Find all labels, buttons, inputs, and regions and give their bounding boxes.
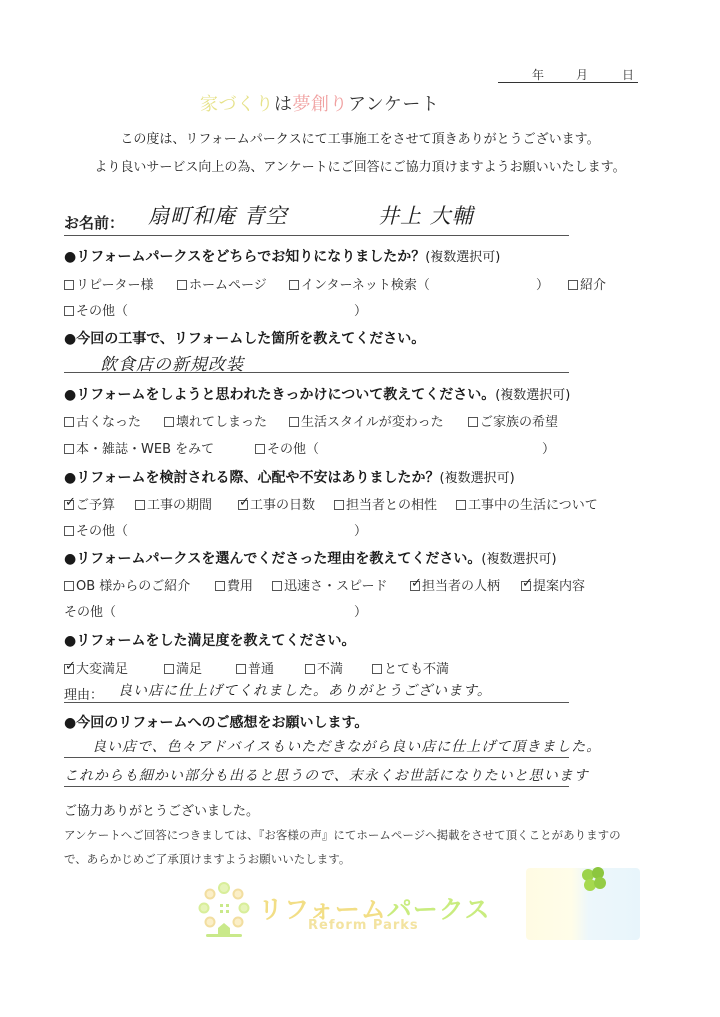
- q3-other-paren-close: ）: [542, 438, 555, 457]
- q1-option-homepage[interactable]: ホームページ: [177, 274, 267, 293]
- multi-select-note: (複数選択可): [425, 250, 500, 265]
- checkbox[interactable]: [177, 280, 187, 290]
- checkbox[interactable]: [164, 417, 174, 427]
- checkbox[interactable]: [64, 581, 74, 591]
- checkbox[interactable]: [164, 664, 174, 674]
- date-day-label: 日: [622, 66, 634, 83]
- name-label: お名前：: [64, 212, 124, 233]
- q4-option-budget[interactable]: ご予算: [64, 494, 115, 513]
- q5-option-staff-personality[interactable]: 担当者の人柄: [410, 575, 500, 594]
- name-store-value[interactable]: 扇町和庵 青空: [148, 200, 288, 230]
- q1-paren-close: ）: [536, 274, 549, 293]
- q6-option-satisfied[interactable]: 満足: [164, 658, 202, 677]
- q7-answer-line-2[interactable]: これからも細かい部分も出ると思うので、末永くお世話になりたいと思います: [64, 765, 589, 785]
- q4-option-compatibility[interactable]: 担当者との相性: [334, 494, 437, 513]
- checkbox-checked[interactable]: [521, 581, 531, 591]
- q5-other-paren-close: ）: [354, 601, 367, 620]
- name-person-value[interactable]: 井上 大輔: [378, 200, 474, 230]
- checkbox[interactable]: [456, 500, 466, 510]
- q5-option-ob-referral[interactable]: OB 様からのご紹介: [64, 575, 190, 594]
- name-underline: [64, 235, 569, 236]
- q5-option-cost[interactable]: 費用: [215, 575, 253, 594]
- title-part-house: 家づくり: [200, 94, 274, 115]
- q7-underline-1: [64, 757, 569, 758]
- checkbox-checked[interactable]: [410, 581, 420, 591]
- q1-option-referral[interactable]: 紹介: [568, 274, 606, 293]
- question-why-chose: ●リフォームパークスを選んでくださった理由を教えてください。(複数選択可): [64, 548, 557, 568]
- q1-option-other[interactable]: その他（: [64, 300, 128, 319]
- q4-option-other[interactable]: その他（: [64, 520, 128, 539]
- q4-other-paren-close: ）: [354, 520, 367, 539]
- checkbox[interactable]: [568, 280, 578, 290]
- checkbox[interactable]: [64, 526, 74, 536]
- checkbox-checked[interactable]: [238, 500, 248, 510]
- checkbox[interactable]: [236, 664, 246, 674]
- q3-option-media[interactable]: 本・雑誌・WEB をみて: [64, 438, 214, 457]
- q6-reason-underline: [64, 702, 569, 703]
- q6-option-dissatisfied[interactable]: 不満: [305, 658, 343, 677]
- checkbox[interactable]: [305, 664, 315, 674]
- q3-option-broken[interactable]: 壊れてしまった: [164, 411, 267, 430]
- q1-option-internet-search[interactable]: インターネット検索（: [289, 274, 430, 293]
- page-title: 家づくりは夢創りアンケート: [200, 90, 439, 116]
- title-part-dream: 夢創り: [293, 94, 349, 115]
- clover-icon: [576, 865, 612, 895]
- checkbox[interactable]: [64, 306, 74, 316]
- q6-reason-label: 理由：: [64, 684, 103, 703]
- q3-option-family-wish[interactable]: ご家族の希望: [468, 411, 558, 430]
- checkbox-checked[interactable]: [64, 500, 74, 510]
- intro-line-1: この度は、リフォームパークスにて工事施工をさせて頂きありがとうございます。: [0, 128, 720, 147]
- checkbox[interactable]: [272, 581, 282, 591]
- checkbox[interactable]: [215, 581, 225, 591]
- checkbox-checked[interactable]: [64, 664, 74, 674]
- q3-option-other[interactable]: その他（: [255, 438, 319, 457]
- checkbox[interactable]: [289, 417, 299, 427]
- q5-option-speed[interactable]: 迅速さ・スピード: [272, 575, 387, 594]
- logo-text-en: Reform Parks: [308, 918, 419, 933]
- q1-option-repeater[interactable]: リピーター様: [64, 274, 153, 293]
- reform-parks-logo-icon: [192, 880, 262, 942]
- title-part-survey: アンケート: [348, 94, 439, 115]
- question-how-found: ●リフォームパークスをどちらでお知りになりましたか？(複数選択可): [64, 246, 500, 266]
- question-reform-area: ●今回の工事で、リフォームした箇所を教えてください。: [64, 328, 425, 348]
- checkbox[interactable]: [334, 500, 344, 510]
- q2-underline: [64, 372, 569, 373]
- date-underline: [498, 82, 638, 83]
- q5-option-proposal[interactable]: 提案内容: [521, 575, 585, 594]
- checkbox[interactable]: [372, 664, 382, 674]
- q7-underline-2: [64, 786, 569, 787]
- date-year-label: 年: [532, 66, 544, 83]
- question-concerns: ●リフォームを検討される際、心配や不安はありましたか？(複数選択可): [64, 467, 515, 487]
- q4-option-days[interactable]: 工事の日数: [238, 494, 315, 513]
- checkbox[interactable]: [135, 500, 145, 510]
- checkbox[interactable]: [289, 280, 299, 290]
- q3-option-lifestyle[interactable]: 生活スタイルが変わった: [289, 411, 444, 430]
- checkbox[interactable]: [64, 444, 74, 454]
- q1-other-paren-close: ）: [354, 300, 367, 319]
- q6-option-very-satisfied[interactable]: 大変満足: [64, 658, 128, 677]
- notice-line-2: で、あらかじめご了承頂けますようお願いいたします。: [64, 851, 350, 867]
- q6-option-very-dissatisfied[interactable]: とても不満: [372, 658, 449, 677]
- q6-option-neutral[interactable]: 普通: [236, 658, 274, 677]
- question-reform-trigger: ●リフォームをしようと思われたきっかけについて教えてください。(複数選択可): [64, 384, 570, 404]
- checkbox[interactable]: [64, 280, 74, 290]
- checkbox[interactable]: [64, 417, 74, 427]
- checkbox[interactable]: [255, 444, 265, 454]
- date-month-label: 月: [576, 66, 588, 83]
- checkbox[interactable]: [468, 417, 478, 427]
- thanks-text: ご協力ありがとうございました。: [64, 800, 259, 819]
- q4-option-period[interactable]: 工事の期間: [135, 494, 212, 513]
- q6-reason-value[interactable]: 良い店に仕上げてくれました。ありがとうございます。: [118, 680, 492, 700]
- question-impressions: ●今回のリフォームへのご感想をお願いします。: [64, 712, 368, 732]
- q5-other-label: その他（: [64, 601, 116, 620]
- q7-answer-line-1[interactable]: 良い店で、色々アドバイスもいただきながら良い店に仕上げて頂きました。: [92, 736, 601, 756]
- notice-line-1: アンケートへご回答につきましては、『お客様の声』にてホームページへ掲載をさせて頂…: [64, 827, 621, 843]
- q3-option-old[interactable]: 古くなった: [64, 411, 141, 430]
- question-satisfaction: ●リフォームをした満足度を教えてください。: [64, 630, 356, 650]
- intro-line-2: より良いサービス向上の為、アンケートにご回答にご協力頂けますようお願いいたします…: [0, 156, 720, 175]
- q4-option-life-during-work[interactable]: 工事中の生活について: [456, 494, 598, 513]
- title-part-wa: は: [274, 94, 293, 115]
